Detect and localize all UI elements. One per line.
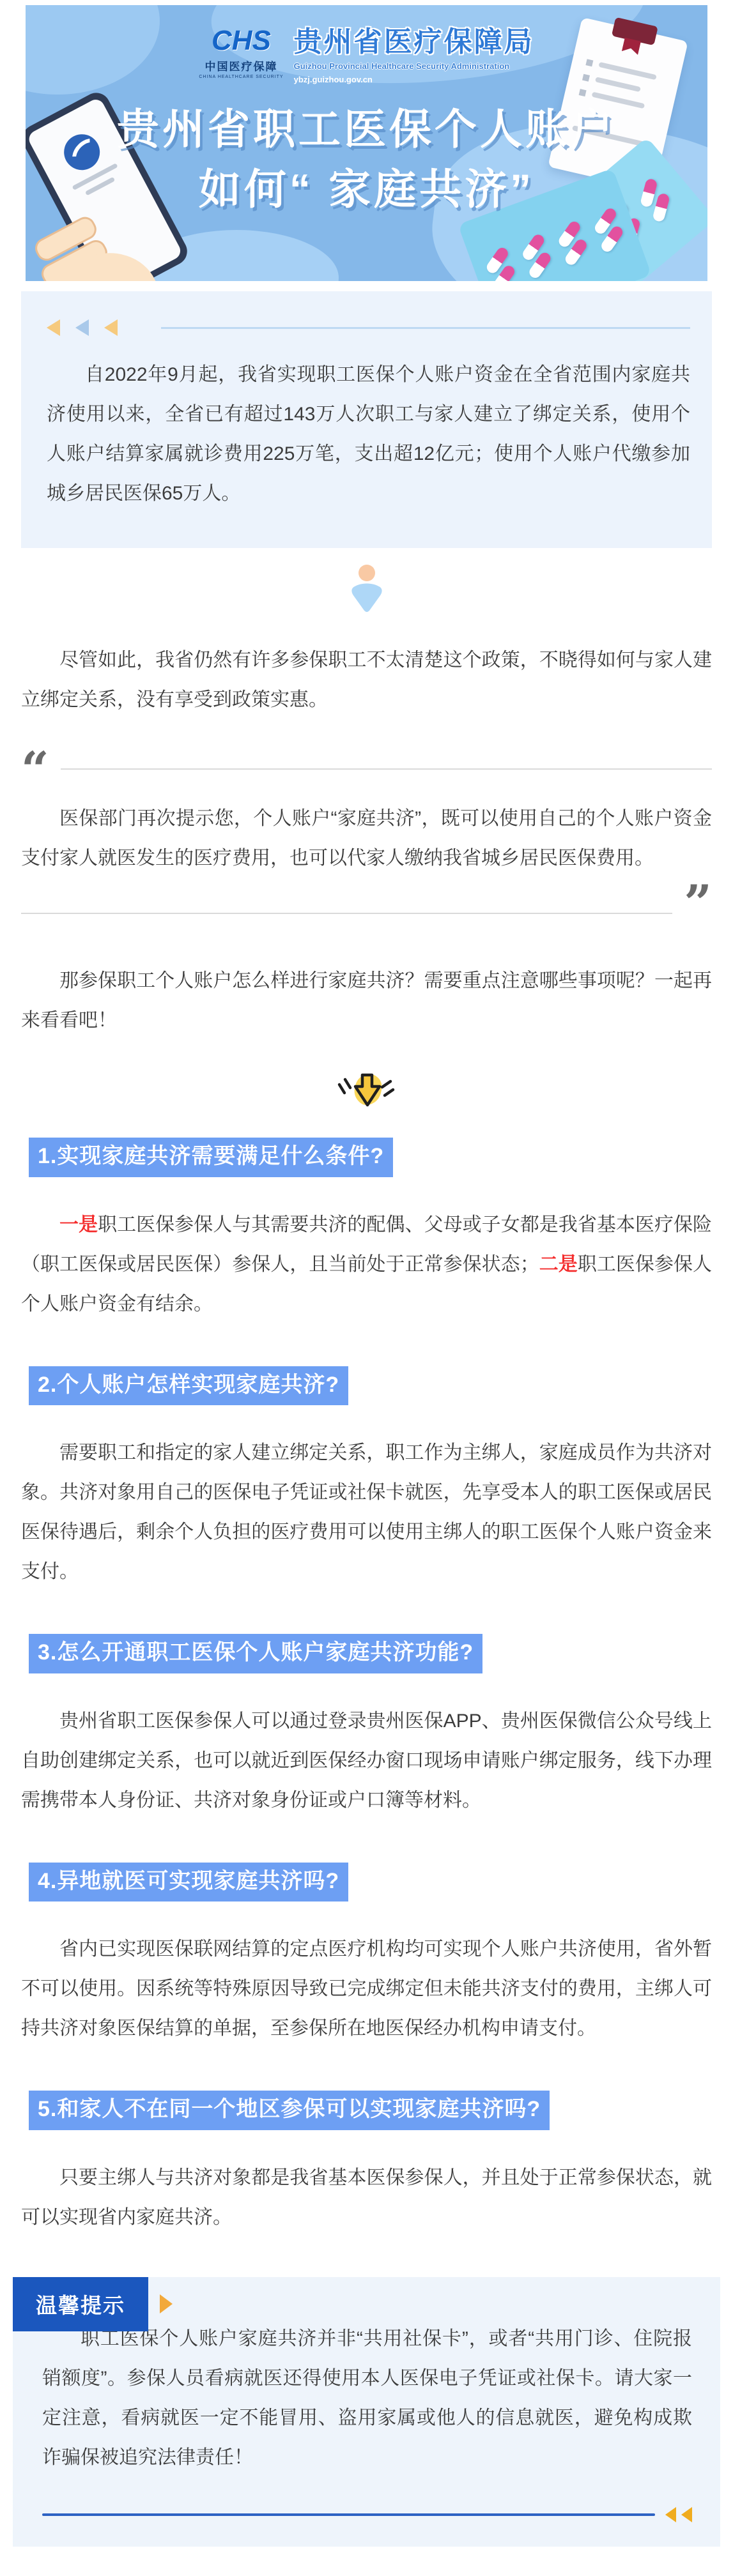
- section-heading: 1.实现家庭共济需要满足什么条件?: [29, 1138, 393, 1177]
- section-paragraph: 省内已实现医保联网结算的定点医疗机构均可实现个人账户共济使用，省外暂不可以使用。…: [21, 1930, 712, 2048]
- divider-line: [61, 768, 712, 770]
- left-triangle-icon: [104, 319, 118, 336]
- warm-tips: 温馨提示 职工医保个人账户家庭共济并非“共用社保卡”，或者“共用门诊、住院报销额…: [13, 2277, 720, 2547]
- paragraph-despite: 尽管如此，我省仍然有许多参保职工不太清楚这个政策，不晓得如何与家人建立绑定关系，…: [21, 641, 712, 720]
- section-text: 省内已实现医保联网结算的定点医疗机构均可实现个人账户共济使用，省外暂不可以使用。…: [21, 1939, 712, 2039]
- quote-paragraph: 医保部门再次提示您，个人账户“家庭共济”，既可以使用自己的个人账户资金支付家人就…: [21, 799, 712, 878]
- chs-logo: CHS 中国医疗保障 CHINA HEALTHCARE SECURITY: [199, 27, 283, 79]
- emphasis-text: 二是: [539, 1254, 578, 1275]
- divider-down-triangle-icon: [350, 583, 383, 613]
- section-heading: 2.个人账户怎样实现家庭共济?: [29, 1366, 348, 1406]
- divider-line: [161, 327, 690, 329]
- section-5: 5.和家人不在同一个地区参保可以实现家庭共济吗? 只要主绑人与共济对象都是我省基…: [21, 2048, 712, 2237]
- tips-paragraph: 职工医保个人账户家庭共济并非“共用社保卡”，或者“共用门诊、住院报销额度”。参保…: [42, 2319, 692, 2478]
- org-name: 贵州省医疗保障局: [294, 27, 534, 57]
- org-name-en: Guizhou Provincial Healthcare Security A…: [294, 61, 534, 71]
- left-triangle-icon: [47, 319, 60, 336]
- left-triangle-icon: [681, 2507, 692, 2522]
- intro-panel: 自2022年9月起，我省实现职工医保个人账户资金在全省范围内家庭共济使用以来，全…: [21, 291, 712, 548]
- left-triangle-icon: [665, 2507, 676, 2522]
- section-paragraph: 贵州省职工医保参保人可以通过登录贵州医保APP、贵州医保微信公众号线上自助创建绑…: [21, 1702, 712, 1820]
- right-triangle-icon: [160, 2294, 173, 2313]
- intro-paragraph: 自2022年9月起，我省实现职工医保个人账户资金在全省范围内家庭共济使用以来，全…: [47, 355, 690, 514]
- banner-title: 贵州省职工医保个人账户 如何“ 家庭共济”: [26, 100, 707, 219]
- chs-logo-caption-en: CHINA HEALTHCARE SECURITY: [199, 75, 283, 79]
- section-divider: [348, 565, 386, 616]
- org-url: ybzj.guizhou.gov.cn: [294, 75, 534, 84]
- article-body: 自2022年9月起，我省实现职工医保个人账户资金在全省范围内家庭共济使用以来，全…: [0, 291, 733, 2237]
- divider-line: [21, 913, 672, 914]
- divider-line: [42, 2513, 655, 2516]
- down-arrow-icon: [336, 1070, 397, 1116]
- section-paragraph: 需要职工和指定的家人建立绑定关系，职工作为主绑人，家庭成员作为共济对象。共济对象…: [21, 1433, 712, 1592]
- left-triangle-icon: [75, 319, 89, 336]
- banner-title-line1: 贵州省职工医保个人账户: [26, 100, 707, 160]
- section-paragraph: 一是职工医保参保人与其需要共济的配偶、父母或子女都是我省基本医疗保险（职工医保或…: [21, 1205, 712, 1324]
- section-text: 只要主绑人与共济对象都是我省基本医保参保人，并且处于正常参保状态，就可以实现省内…: [21, 2167, 712, 2228]
- tips-badge: 温馨提示: [13, 2277, 148, 2331]
- section-heading: 3.怎么开通职工医保个人账户家庭共济功能?: [29, 1634, 482, 1673]
- tips-badge-label: 温馨提示: [36, 2294, 125, 2317]
- section-heading: 4.异地就医可实现家庭共济吗?: [29, 1863, 348, 1902]
- section-heading: 5.和家人不在同一个地区参保可以实现家庭共济吗?: [29, 2091, 550, 2130]
- section-paragraph: 只要主绑人与共济对象都是我省基本医保参保人，并且处于正常参保状态，就可以实现省内…: [21, 2158, 712, 2237]
- section-1: 1.实现家庭共济需要满足什么条件? 一是职工医保参保人与其需要共济的配偶、父母或…: [21, 1116, 712, 1324]
- section-4: 4.异地就医可实现家庭共济吗? 省内已实现医保联网结算的定点医疗机构均可实现个人…: [21, 1820, 712, 2049]
- section-3: 3.怎么开通职工医保个人账户家庭共济功能? 贵州省职工医保参保人可以通过登录贵州…: [21, 1592, 712, 1820]
- divider-dot-icon: [359, 565, 375, 581]
- org-logo: CHS 中国医疗保障 CHINA HEALTHCARE SECURITY 贵州省…: [26, 27, 707, 84]
- emphasis-text: 一是: [59, 1214, 98, 1235]
- chs-logo-mark: CHS: [199, 27, 283, 55]
- section-text: 贵州省职工医保参保人可以通过登录贵州医保APP、贵州医保微信公众号线上自助创建绑…: [21, 1711, 712, 1811]
- banner-title-line2: 如何“ 家庭共济”: [26, 160, 707, 220]
- quote-block: “ 医保部门再次提示您，个人账户“家庭共济”，既可以使用自己的个人账户资金支付家…: [21, 756, 712, 922]
- end-divider: [42, 2507, 692, 2527]
- chs-logo-caption: 中国医疗保障: [199, 57, 283, 73]
- quote-open-icon: “: [21, 756, 49, 784]
- section-2: 2.个人账户怎样实现家庭共济? 需要职工和指定的家人建立绑定关系，职工作为主绑人…: [21, 1324, 712, 1592]
- paragraph-lead-in: 那参保职工个人账户怎么样进行家庭共济？需要重点注意哪些事项呢？一起再来看看吧！: [21, 961, 712, 1040]
- quote-close-icon: ”: [684, 900, 712, 922]
- header-banner: CHS 中国医疗保障 CHINA HEALTHCARE SECURITY 贵州省…: [26, 5, 707, 281]
- section-text: 需要职工和指定的家人建立绑定关系，职工作为主绑人，家庭成员作为共济对象。共济对象…: [21, 1442, 712, 1582]
- org-name-block: 贵州省医疗保障局 Guizhou Provincial Healthcare S…: [294, 27, 534, 84]
- intro-decoration: [47, 319, 690, 336]
